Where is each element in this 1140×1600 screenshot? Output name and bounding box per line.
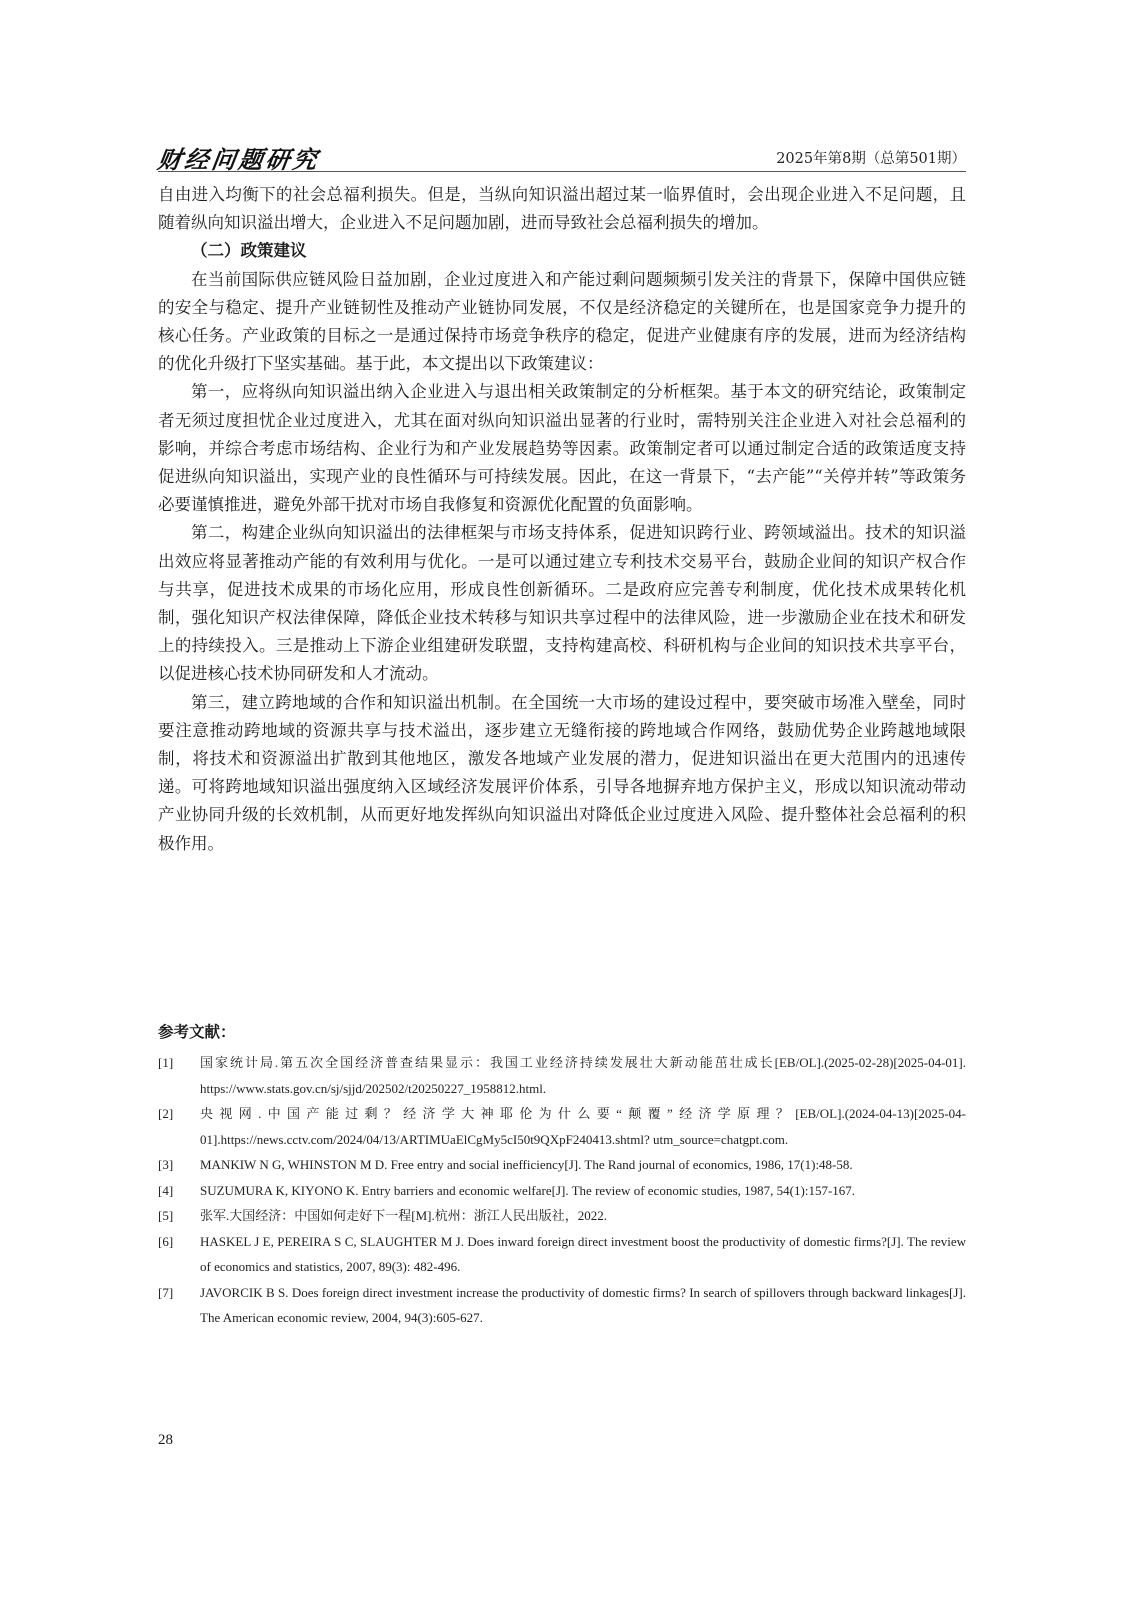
paragraph-policy-2: 第二，构建企业纵向知识溢出的法律框架与市场支持体系，促进知识跨行业、跨领域溢出。… [158, 519, 966, 688]
paragraph-policy-3: 第三，建立跨地域的合作和知识溢出机制。在全国统一大市场的建设过程中，要突破市场准… [158, 689, 966, 858]
reference-text: 国家统计局.第五次全国经济普查结果显示：我国工业经济持续发展壮大新动能茁壮成长[… [200, 1055, 966, 1096]
issue-info: 2025年第8期（总第501期） [776, 147, 966, 168]
reference-number: [4] [158, 1178, 173, 1204]
reference-number: [5] [158, 1203, 173, 1229]
reference-item: [6] HASKEL J E, PEREIRA S C, SLAUGHTER M… [158, 1229, 966, 1280]
reference-number: [1] [158, 1050, 173, 1076]
reference-text: JAVORCIK B S. Does foreign direct invest… [200, 1285, 966, 1326]
header-rule [158, 171, 966, 172]
reference-number: [3] [158, 1152, 173, 1178]
body-text: 自由进入均衡下的社会总福利损失。但是，当纵向知识溢出超过某一临界值时，会出现企业… [158, 181, 966, 858]
reference-item: [1] 国家统计局.第五次全国经济普查结果显示：我国工业经济持续发展壮大新动能茁… [158, 1050, 966, 1101]
reference-number: [2] [158, 1101, 173, 1127]
reference-item: [2] 央视网.中国产能过剩？经济学大神耶伦为什么要“颠覆”经济学原理？[EB/… [158, 1101, 966, 1152]
paragraph-policy-intro: 在当前国际供应链风险日益加剧，企业过度进入和产能过剩问题频频引发关注的背景下，保… [158, 266, 966, 379]
paragraph-policy-1: 第一，应将纵向知识溢出纳入企业进入与退出相关政策制定的分析框架。基于本文的研究结… [158, 378, 966, 519]
reference-number: [6] [158, 1229, 173, 1255]
references-section: 参考文献： [1] 国家统计局.第五次全国经济普查结果显示：我国工业经济持续发展… [158, 1020, 966, 1331]
page-number: 28 [158, 1432, 173, 1449]
reference-text: 央视网.中国产能过剩？经济学大神耶伦为什么要“颠覆”经济学原理？[EB/OL].… [200, 1106, 966, 1147]
paragraph-continued: 自由进入均衡下的社会总福利损失。但是，当纵向知识溢出超过某一临界值时，会出现企业… [158, 181, 966, 237]
reference-item: [7] JAVORCIK B S. Does foreign direct in… [158, 1280, 966, 1331]
reference-text: MANKIW N G, WHINSTON M D. Free entry and… [200, 1157, 853, 1172]
reference-text: 张军.大国经济：中国如何走好下一程[M].杭州：浙江人民出版社，2022. [200, 1208, 607, 1223]
section-heading: （二）政策建议 [158, 237, 966, 265]
reference-item: [4] SUZUMURA K, KIYONO K. Entry barriers… [158, 1178, 966, 1204]
journal-logo: 财经问题研究 [156, 140, 323, 175]
references-title: 参考文献： [158, 1020, 966, 1044]
reference-number: [7] [158, 1280, 173, 1306]
reference-item: [3] MANKIW N G, WHINSTON M D. Free entry… [158, 1152, 966, 1178]
reference-item: [5] 张军.大国经济：中国如何走好下一程[M].杭州：浙江人民出版社，2022… [158, 1203, 966, 1229]
running-header: 财经问题研究 2025年第8期（总第501期） [158, 140, 966, 170]
reference-text: HASKEL J E, PEREIRA S C, SLAUGHTER M J. … [200, 1234, 966, 1275]
reference-text: SUZUMURA K, KIYONO K. Entry barriers and… [200, 1183, 855, 1198]
